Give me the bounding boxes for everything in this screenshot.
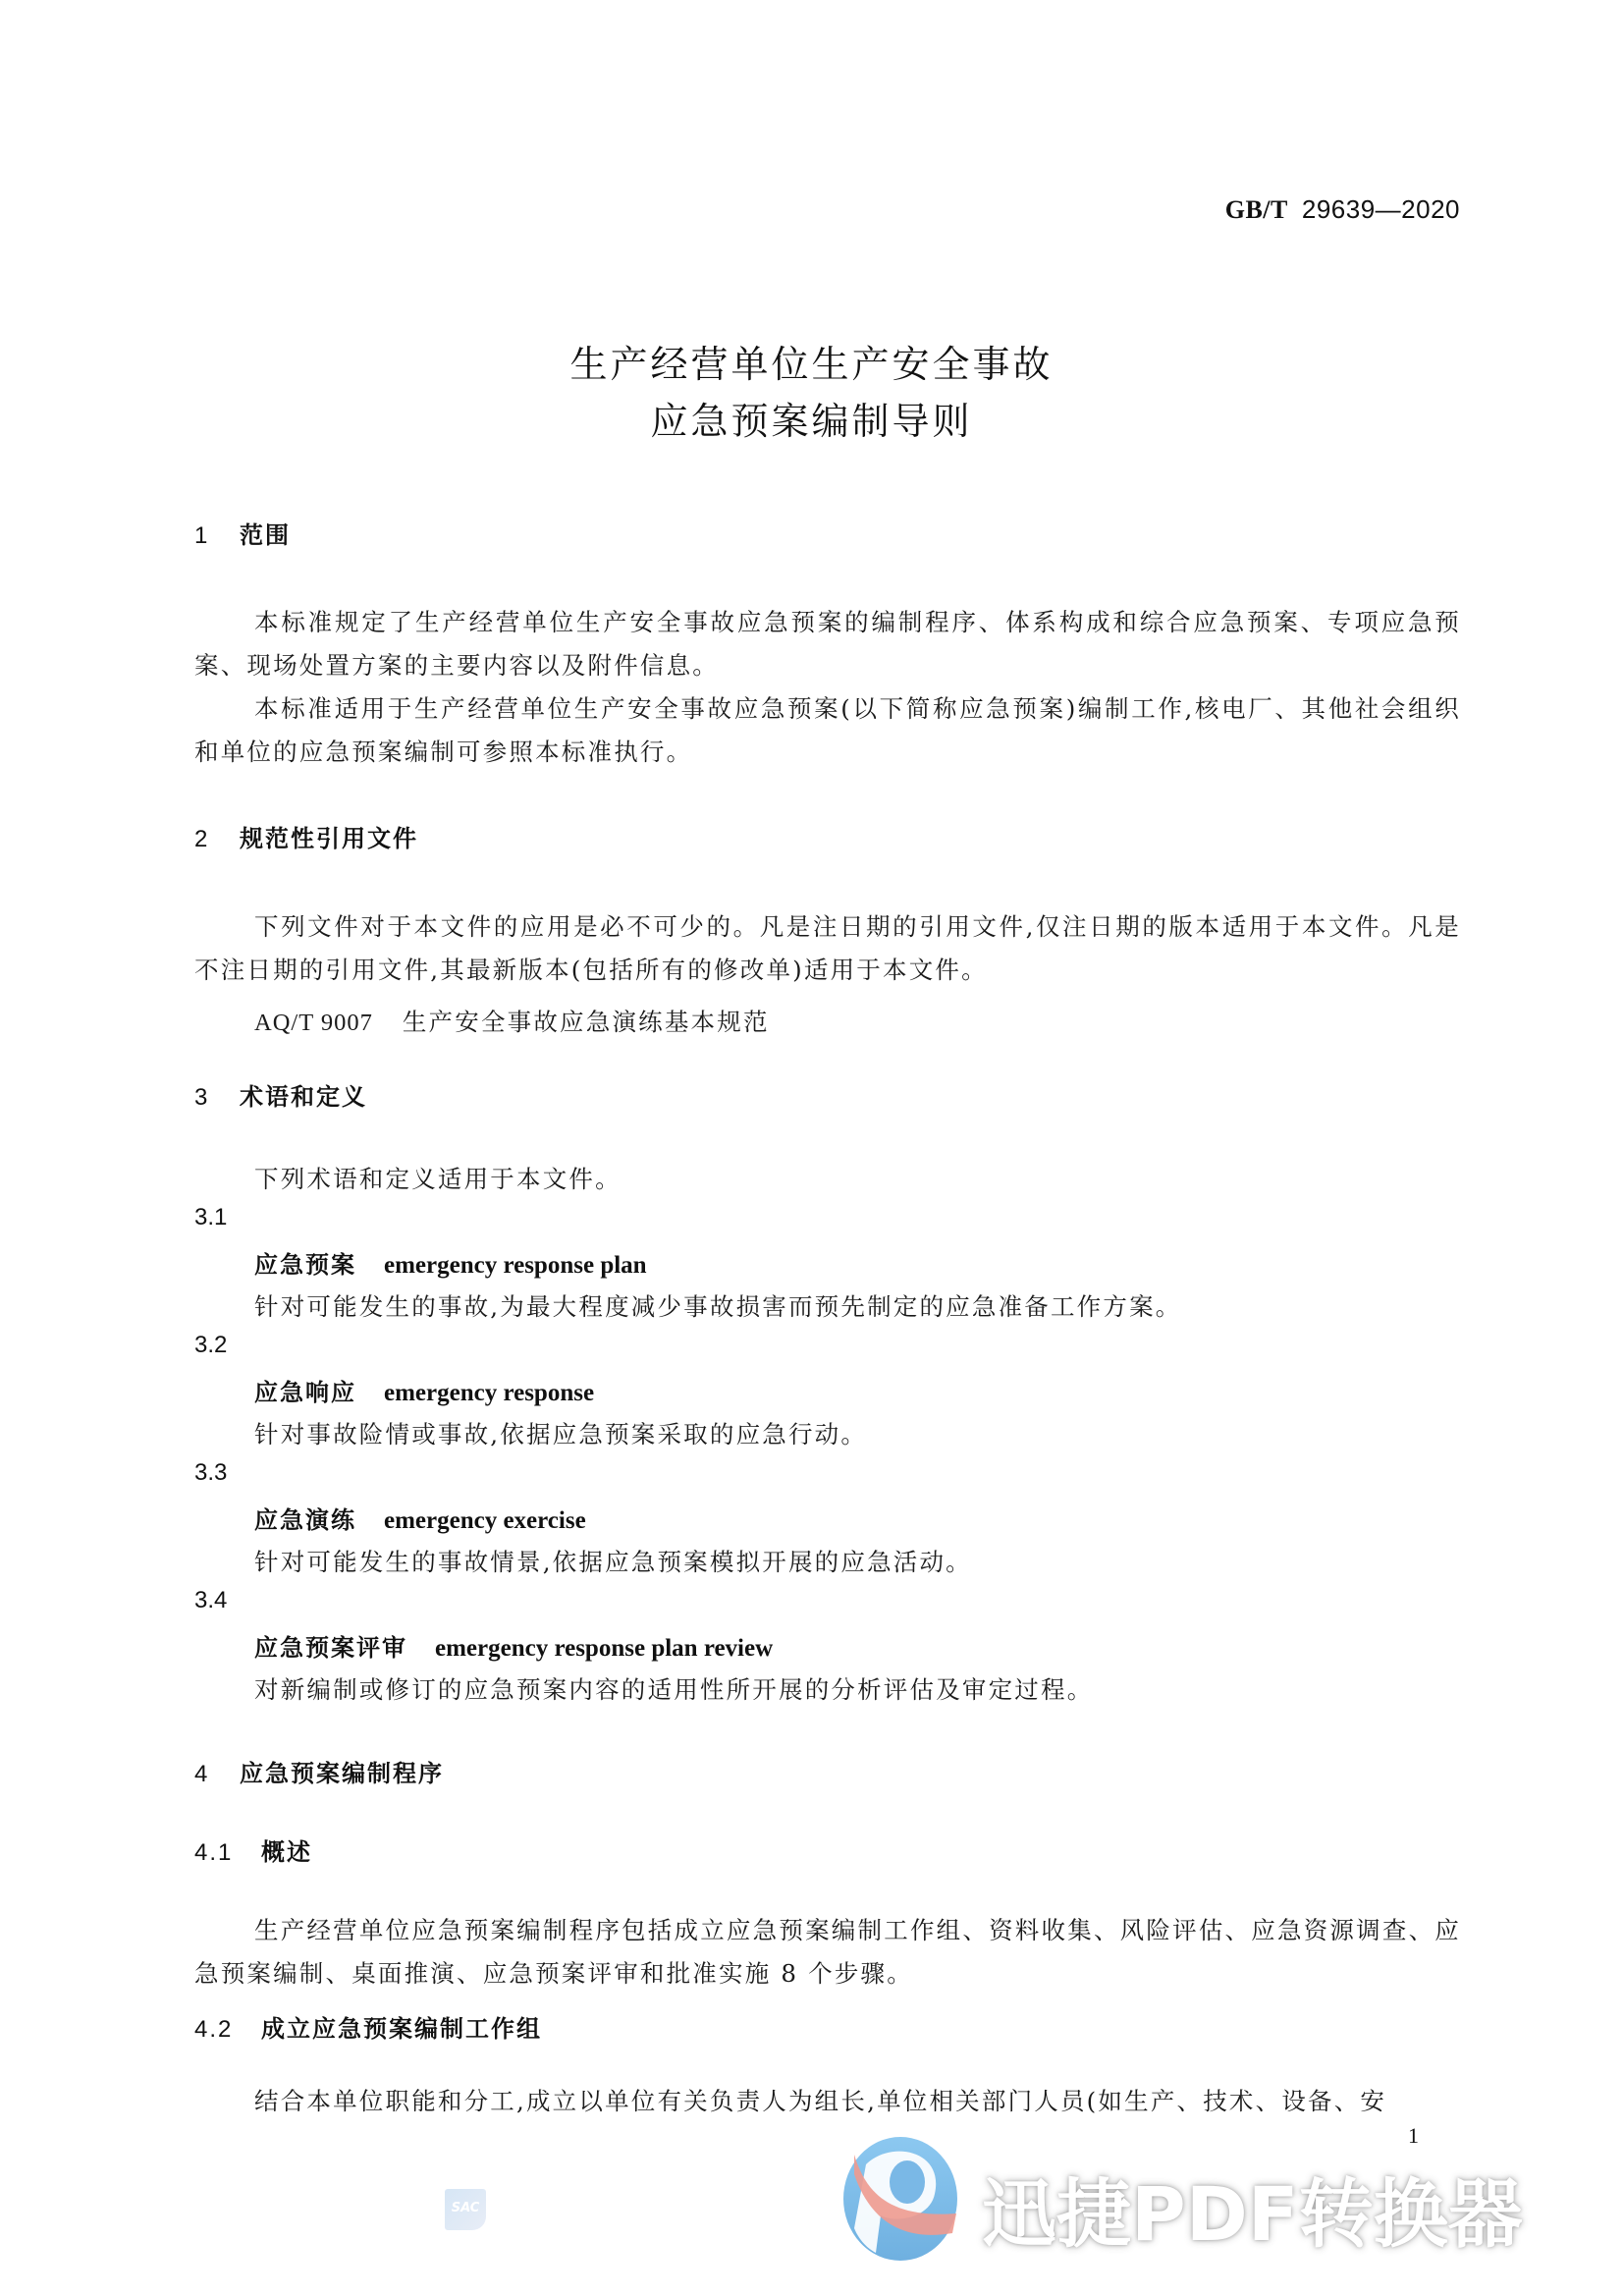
- subsection-4-2-paragraph: 结合本单位职能和分工,成立以单位有关负责人为组长,单位相关部门人员(如生产、技术…: [194, 2080, 1461, 2123]
- term-english: emergency response: [384, 1380, 594, 1406]
- section-3-intro: 下列术语和定义适用于本文件。: [254, 1161, 622, 1195]
- term-number: 3.3: [194, 1459, 227, 1487]
- document-page: GB/T 29639—2020 生产经营单位生产安全事故 应急预案编制导则 1范…: [0, 0, 1623, 2296]
- reference-title: 生产安全事故应急演练基本规范: [403, 1008, 770, 1036]
- watermark-logo-icon: [837, 2135, 964, 2263]
- normative-reference: AQ/T 9007生产安全事故应急演练基本规范: [254, 1004, 770, 1038]
- section-title: 规范性引用文件: [240, 825, 418, 852]
- term-number: 3.2: [194, 1332, 227, 1359]
- sac-logo-text: SAC: [445, 2201, 486, 2215]
- standard-code: GB/T 29639—2020: [1225, 194, 1460, 225]
- term-english: emergency response plan: [384, 1252, 647, 1279]
- section-number: 4: [194, 1761, 240, 1788]
- document-title-line2: 应急预案编制导则: [0, 391, 1623, 445]
- term-chinese: 应急响应: [254, 1379, 356, 1406]
- section-number: 2: [194, 826, 240, 853]
- term-english: emergency response plan review: [435, 1635, 773, 1662]
- reference-code: AQ/T 9007: [254, 1010, 373, 1036]
- section-number: 1: [194, 522, 240, 550]
- sac-logo-icon: SAC: [445, 2189, 486, 2230]
- section-1-paragraph-1: 本标准规定了生产经营单位生产安全事故应急预案的编制程序、体系构成和综合应急预案、…: [194, 601, 1461, 687]
- term-heading: 应急演练emergency exercise: [254, 1501, 586, 1535]
- term-heading: 应急预案emergency response plan: [254, 1245, 647, 1280]
- standard-prefix: GB/T: [1225, 195, 1288, 224]
- subsection-number: 4.1: [194, 1839, 261, 1867]
- term-chinese: 应急预案: [254, 1251, 356, 1279]
- section-1-paragraph-2: 本标准适用于生产经营单位生产安全事故应急预案(以下简称应急预案)编制工作,核电厂…: [194, 687, 1461, 774]
- term-heading: 应急响应emergency response: [254, 1373, 594, 1407]
- standard-number: 29639—2020: [1302, 194, 1460, 224]
- term-definition: 针对事故险情或事故,依据应急预案采取的应急行动。: [254, 1416, 867, 1450]
- subsection-4-1-paragraph: 生产经营单位应急预案编制程序包括成立应急预案编制工作组、资料收集、风险评估、应急…: [194, 1909, 1461, 1995]
- page-number: 1: [1408, 2123, 1419, 2149]
- document-title-line1: 生产经营单位生产安全事故: [0, 334, 1623, 388]
- watermark-text: 迅捷PDF转换器: [982, 2155, 1523, 2262]
- section-title: 应急预案编制程序: [240, 1760, 444, 1787]
- term-number: 3.4: [194, 1587, 227, 1614]
- term-chinese: 应急预案评审: [254, 1634, 407, 1662]
- term-definition: 针对可能发生的事故情景,依据应急预案模拟开展的应急活动。: [254, 1544, 972, 1578]
- term-number: 3.1: [194, 1204, 227, 1231]
- section-4-heading: 4应急预案编制程序: [194, 1754, 444, 1788]
- section-number: 3: [194, 1084, 240, 1112]
- subsection-title: 成立应急预案编制工作组: [261, 2015, 542, 2043]
- term-definition: 针对可能发生的事故,为最大程度减少事故损害而预先制定的应急准备工作方案。: [254, 1288, 1181, 1323]
- subsection-title: 概述: [261, 1838, 312, 1866]
- section-2-heading: 2规范性引用文件: [194, 819, 418, 853]
- term-heading: 应急预案评审emergency response plan review: [254, 1628, 773, 1663]
- subsection-4-1-heading: 4.1概述: [194, 1832, 312, 1867]
- section-2-paragraph-1: 下列文件对于本文件的应用是必不可少的。凡是注日期的引用文件,仅注日期的版本适用于…: [194, 905, 1461, 992]
- term-chinese: 应急演练: [254, 1506, 356, 1534]
- section-title: 范围: [240, 521, 291, 549]
- subsection-4-2-heading: 4.2成立应急预案编制工作组: [194, 2009, 542, 2044]
- subsection-number: 4.2: [194, 2016, 261, 2044]
- section-title: 术语和定义: [240, 1083, 367, 1111]
- term-definition: 对新编制或修订的应急预案内容的适用性所开展的分析评估及审定过程。: [254, 1671, 1093, 1706]
- term-english: emergency exercise: [384, 1507, 586, 1534]
- section-1-heading: 1范围: [194, 516, 291, 550]
- section-3-heading: 3术语和定义: [194, 1077, 367, 1112]
